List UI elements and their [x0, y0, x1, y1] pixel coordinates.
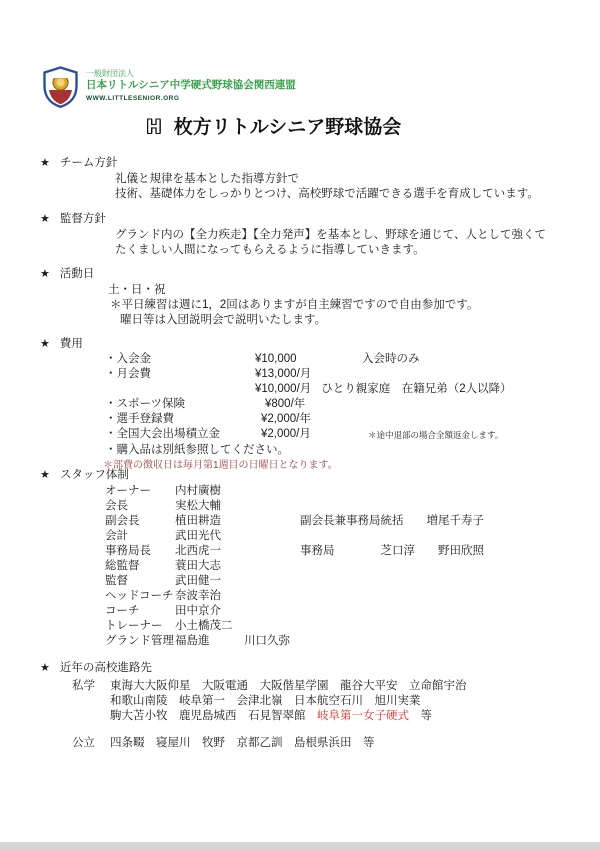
fee-row-tournament-fund: ・全国大会出場積立金 ¥2,000/月 ＊途中退部の場合全額返金します。 [105, 427, 580, 443]
staff-role: コーチ [105, 604, 175, 619]
staff-heading-label: スタッフ体制 [60, 468, 129, 484]
manager-policy-heading: ★ 監督方針 [40, 212, 580, 228]
private-line3-pre: 駒大苫小牧 鹿児島城西 石見智翠館 [110, 710, 317, 722]
star-icon: ★ [40, 267, 50, 283]
staff-name: 武田健一 [175, 574, 300, 589]
fee-row-insurance: ・スポーツ保険 ¥800/年 [105, 397, 580, 412]
staff-row: 会長 実松大輔 [105, 499, 580, 514]
staff-name: 奈波幸治 [175, 589, 300, 604]
schools-heading-label: 近年の高校進路先 [60, 661, 152, 679]
star-icon: ★ [40, 468, 50, 484]
fees-heading: ★ 費用 [40, 337, 580, 352]
manager-policy-line1: グランド内の【全力疾走】【全力発声】を基本とし、野球を通じて、人として強くて [115, 228, 580, 243]
staff-role: 事務局長 [105, 544, 175, 559]
fee-note: ひとり親家庭 在籍兄弟（2人以降） [321, 382, 511, 397]
star-icon: ★ [40, 212, 50, 228]
activity-note1: ＊平日練習は週に1，2回はありますが自主練習ですので自由参加です。 [110, 298, 580, 313]
staff-row: トレーナー 小土橋茂二 [105, 619, 580, 634]
staff-row: グランド管理 福島進 川口久弥 [105, 634, 580, 649]
manager-policy-heading-label: 監督方針 [60, 212, 106, 228]
fee-label [105, 382, 255, 397]
staff-name: 蓑田大志 [175, 559, 300, 574]
fee-row-monthly-discount: ¥10,000/月 ひとり親家庭 在籍兄弟（2人以降） [105, 382, 580, 397]
fee-purchase-note: ・購入品は別紙参照してください。 [105, 443, 289, 458]
team-policy-line1: 礼儀と規律を基本とした指導方針で [115, 172, 580, 187]
star-icon: ★ [40, 156, 50, 172]
private-line3: 駒大苫小牧 鹿児島城西 石見智翠館 岐阜第一女子硬式 等 [110, 709, 467, 724]
team-policy-heading-label: チーム方針 [60, 156, 118, 172]
staff-name: 実松大輔 [175, 499, 300, 514]
staff-role: グランド管理 [105, 634, 175, 649]
staff-role: 総監督 [105, 559, 175, 574]
logo-org-type: 一般財団法人 [86, 69, 296, 78]
staff-role: 監督 [105, 574, 175, 589]
section-team-policy: ★ チーム方針 礼儀と規律を基本とした指導方針で 技術、基礎体力をしっかりとつけ… [40, 156, 580, 202]
fee-label: ・全国大会出場積立金 [105, 427, 255, 443]
public-line: 四条畷 寝屋川 牧野 京都乙訓 島根県浜田 等 [110, 736, 375, 751]
activity-heading-label: 活動日 [60, 267, 95, 283]
staff-name: 植田耕造 [175, 514, 300, 529]
section-manager-policy: ★ 監督方針 グランド内の【全力疾走】【全力発声】を基本とし、野球を通じて、人と… [40, 212, 580, 258]
team-policy-line2: 技術、基礎体力をしっかりとつけ、高校野球で活躍できる選手を育成しています。 [115, 187, 580, 202]
manager-policy-line2: たくましい人間になってもらえるように指導していきます。 [115, 243, 580, 258]
section-fees: ★ 費用 ・入会金 ¥10,000 入会時のみ ・月会費 ¥13,000/月 ¥… [40, 337, 580, 473]
fee-row-registration: ・選手登録費 ¥2,000/年 [105, 412, 580, 427]
schools-heading: ★ 近年の高校進路先 [40, 661, 580, 679]
page-title: H 枚方リトルシニア野球協会 [147, 115, 401, 141]
staff-name: 北西虎一 [175, 544, 300, 559]
public-label: 公立 [72, 736, 110, 751]
staff-role: 会長 [105, 499, 175, 514]
star-icon: ★ [40, 337, 50, 352]
staff-row: 会計 武田光代 [105, 529, 580, 544]
staff-extra: 副会長兼事務局統括 増尾千寿子 [300, 514, 484, 529]
fee-amount: ¥13,000/月 [255, 367, 362, 382]
shield-crest-icon [42, 66, 79, 108]
staff-name: 武田光代 [175, 529, 300, 544]
logo-org-name: 日本リトルシニア中学硬式野球協会関西連盟 [86, 79, 296, 92]
private-line3-red: 岐阜第一女子硬式 [317, 710, 409, 722]
staff-role: 会計 [105, 529, 175, 544]
staff-name: 田中京介 [175, 604, 300, 619]
staff-row: コーチ 田中京介 [105, 604, 580, 619]
fee-label: ・入会金 [105, 352, 255, 367]
private-line3-post: 等 [409, 710, 432, 722]
staff-row: 事務局長 北西虎一 事務局 芝口淳 野田欣照 [105, 544, 580, 559]
fee-label: ・選手登録費 [105, 412, 255, 427]
logo-url: WWW.LITTLESENIOR.ORG [86, 95, 296, 102]
private-line1: 東海大大阪仰星 大阪電通 大阪偕星学園 龍谷大平安 立命館宇治 [110, 679, 467, 694]
fee-amount: ¥10,000 [255, 352, 362, 367]
staff-name: 内村廣樹 [175, 484, 300, 499]
staff-extra: 事務局 芝口淳 野田欣照 [300, 544, 484, 559]
staff-role: トレーナー [105, 619, 175, 634]
staff-row: ヘッドコーチ 奈波幸治 [105, 589, 580, 604]
activity-heading: ★ 活動日 [40, 267, 580, 283]
staff-row: オーナー 内村廣樹 [105, 484, 580, 499]
staff-role: 副会長 [105, 514, 175, 529]
fee-amount: ¥2,000/月 [255, 427, 368, 443]
team-policy-heading: ★ チーム方針 [40, 156, 580, 172]
staff-name: 福島進 川口久弥 [175, 634, 300, 649]
activity-note2: 曜日等は入団説明会で説明いたします。 [120, 313, 580, 328]
public-schools-row: 公立 四条畷 寝屋川 牧野 京都乙訓 島根県浜田 等 [40, 736, 580, 751]
private-label: 私学 [72, 679, 110, 724]
fee-label: ・月会費 [105, 367, 255, 382]
fee-row-purchase: ・購入品は別紙参照してください。 [105, 443, 580, 458]
federation-logo: 一般財団法人 日本リトルシニア中学硬式野球協会関西連盟 WWW.LITTLESE… [42, 66, 296, 108]
section-staff: ★ スタッフ体制 オーナー 内村廣樹 会長 実松大輔 副会長 植田耕造 副会長兼… [40, 468, 580, 649]
fee-row-monthly: ・月会費 ¥13,000/月 [105, 367, 580, 382]
title-text: 枚方リトルシニア野球協会 [174, 115, 402, 141]
fee-label: ・スポーツ保険 [105, 397, 255, 412]
fee-amount: ¥10,000/月 [255, 382, 311, 397]
fees-heading-label: 費用 [60, 337, 83, 352]
staff-name: 小土橋茂二 [175, 619, 300, 634]
title-h-icon: H [147, 117, 161, 139]
staff-role: オーナー [105, 484, 175, 499]
star-icon: ★ [40, 661, 50, 679]
staff-heading: ★ スタッフ体制 [40, 468, 580, 484]
fee-amount: ¥800/年 [255, 397, 372, 412]
section-activity: ★ 活動日 土・日・祝 ＊平日練習は週に1，2回はありますが自主練習ですので自由… [40, 267, 580, 328]
staff-row: 副会長 植田耕造 副会長兼事務局統括 増尾千寿子 [105, 514, 580, 529]
private-schools-row: 私学 東海大大阪仰星 大阪電通 大阪偕星学園 龍谷大平安 立命館宇治 和歌山南陵… [40, 679, 580, 724]
fee-note: 入会時のみ [362, 352, 420, 367]
fee-refund-note: ＊途中退部の場合全額返金します。 [368, 427, 503, 443]
activity-days: 土・日・祝 [108, 283, 580, 298]
fee-amount: ¥2,000/年 [255, 412, 368, 427]
section-schools: ★ 近年の高校進路先 私学 東海大大阪仰星 大阪電通 大阪偕星学園 龍谷大平安 … [40, 661, 580, 751]
private-line2: 和歌山南陵 岐阜第一 会津北嶺 日本航空石川 旭川実業 [110, 694, 467, 709]
fee-row-admission: ・入会金 ¥10,000 入会時のみ [105, 352, 580, 367]
staff-row: 総監督 蓑田大志 [105, 559, 580, 574]
staff-role: ヘッドコーチ [105, 589, 175, 604]
staff-row: 監督 武田健一 [105, 574, 580, 589]
page-bottom-edge [0, 842, 600, 849]
